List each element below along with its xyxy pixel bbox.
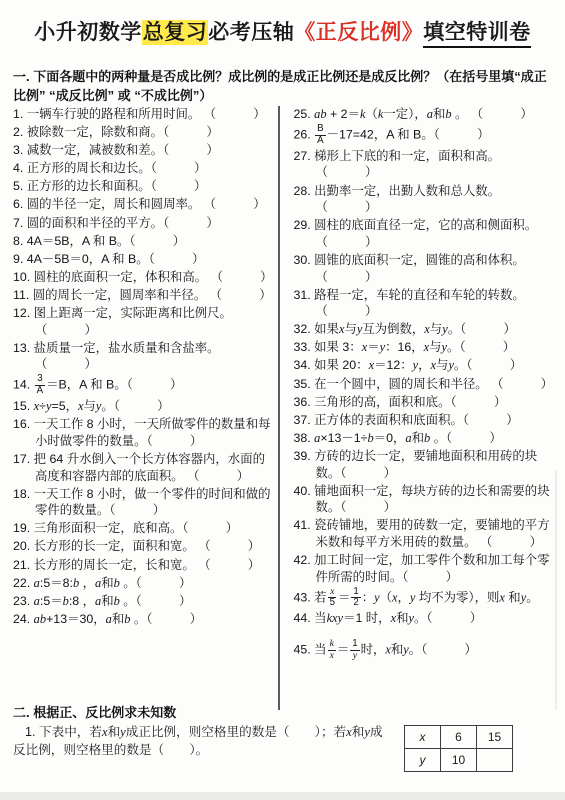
xy-table: x615y10 <box>404 725 513 772</box>
section2-heading: 二. 根据正、反比例求未知数 <box>13 702 555 721</box>
question-item: 1. 一辆车行驶的路程和所用时间。 （ ） <box>13 106 275 123</box>
question-item: 17. 把 64 升水倒入一个长方体容器内，水面的高度和容器内部的底面积。 （ … <box>13 451 275 484</box>
fraction: x5 <box>328 587 337 609</box>
question-item: 12. 图上距离一定，实际距离和比例尺。 （ ） <box>13 305 275 338</box>
question-item: 22. a:5＝8:b ，a和b 。（ ） <box>13 575 275 592</box>
question-item: 15. x÷y=5，x与y。（ ） <box>13 398 275 415</box>
question-item: 30. 圆锥的底面积一定，圆锥的高和体积。 （ ） <box>294 252 558 285</box>
table-cell: 10 <box>441 749 477 772</box>
question-item: 43. 若x5＝12：y（x，y 均不为零），则x 和y。 <box>294 587 558 609</box>
question-item: 45. 当kx＝1y时，x和y。（ ） <box>294 639 558 661</box>
question-item: 4. 正方形的周长和边长。（ ） <box>13 160 275 177</box>
question-columns: 1. 一辆车行驶的路程和所用时间。 （ ）2. 被除数一定，除数和商。（ ）3.… <box>13 106 557 706</box>
question-item: 41. 瓷砖铺地，要用的砖数一定，要铺地的平方米数和每平方米用砖的数量。 （ ） <box>294 517 558 550</box>
table-cell-blank <box>477 749 513 772</box>
question-item: 16. 一天工作 8 小时，一天所做零件的数量和每小时做零件的数量。（ ） <box>13 416 275 449</box>
question-item: 39. 方砖的边长一定，要铺地面积和用砖的块数。（ ） <box>294 448 558 481</box>
fraction: BA <box>315 124 325 146</box>
question-item: 18. 一天工作 8 小时，做一个零件的时间和做的零件的数量。（ ） <box>13 486 275 519</box>
table-row: y10 <box>405 749 513 772</box>
question-item: 38. a×13－1÷b＝0，a和b 。（ ） <box>294 430 558 447</box>
question-item: 25. ab + 2＝k（k一定），a和b 。 （ ） <box>294 106 558 123</box>
question-item: 3. 减数一定，减被数和差。（ ） <box>13 142 275 159</box>
table-cell: x <box>405 726 441 749</box>
question-item: 33. 如果 3：x＝y：16，x与y。（ ） <box>294 339 558 356</box>
table-cell: y <box>405 749 441 772</box>
question-item: 23. a:5＝b:8 ，a和b 。（ ） <box>13 593 275 610</box>
question-item: 5. 正方形的边长和面积。（ ） <box>13 178 275 195</box>
title-highlight: 总复习 <box>142 20 209 45</box>
question-item: 28. 出勤率一定，出勤人数和总人数。 （ ） <box>294 183 558 216</box>
title-red-bracketed: 《正反比例》 <box>294 21 423 44</box>
question-column-right: 25. ab + 2＝k（k一定），a和b 。 （ ）26. BA－17=42，… <box>280 106 558 706</box>
question-column-left: 1. 一辆车行驶的路程和所用时间。 （ ）2. 被除数一定，除数和商。（ ）3.… <box>13 106 275 706</box>
fraction: 12 <box>351 587 360 609</box>
table-cell: 15 <box>477 726 513 749</box>
title-part-1: 小升初数学 <box>34 21 142 44</box>
question-item: 19. 三角形面积一定，底和高。（ ） <box>13 520 275 537</box>
title-part-2: 必考压轴 <box>208 21 294 44</box>
section2: 二. 根据正、反比例求未知数 1. 下表中，若x和y成正比例，则空格里的数是（ … <box>13 702 555 772</box>
question-item: 14. 3A＝B，A 和 B。（ ） <box>13 374 275 396</box>
question-item: 40. 铺地面积一定，每块方砖的边长和需要的块数。（ ） <box>294 483 558 516</box>
fraction: 1y <box>350 639 359 661</box>
question-item: 24. ab+13＝30，a和b 。（ ） <box>13 611 275 628</box>
section2-question1: 1. 下表中，若x和y成正比例，则空格里的数是（ ）；若x和y成反比例，则空格里… <box>13 723 404 759</box>
question-item: 31. 路程一定，车轮的直径和车轮的转数。 （ ） <box>294 287 558 320</box>
question-item: 36. 三角形的高，面积和底。（ ） <box>294 394 558 411</box>
question-item: 20. 长方形的长一定，面积和宽。 （ ） <box>13 538 275 555</box>
title-underlined: 填空特训卷 <box>423 21 531 48</box>
question-item: 26. BA－17=42，A 和 B。（ ） <box>294 124 558 146</box>
page-title: 小升初数学总复习必考压轴《正反比例》填空特训卷 <box>0 16 565 46</box>
page-edge-shadow <box>555 470 557 710</box>
question-item: 44. 当kxy＝1 时，x和y。（ ） <box>294 610 558 627</box>
question-item: 21. 长方形的周长一定，长和宽。 （ ） <box>13 557 275 574</box>
fraction: 3A <box>35 374 45 396</box>
question-item: 35. 在一个圆中，圆的周长和半径。 （ ） <box>294 376 558 393</box>
question-item: 32. 如果x与y互为倒数，x与y。（ ） <box>294 321 558 338</box>
table-row: x615 <box>405 726 513 749</box>
question-item: 13. 盐质量一定，盐水质量和含盐率。 （ ） <box>13 340 275 373</box>
question-item: 42. 加工时间一定，加工零件个数和加工每个零件所需的时间。（ ） <box>294 552 558 585</box>
section1-heading: 一. 下面各题中的两种量是否成比例？成比例的是成正比例还是成反比例？（在括号里填… <box>13 68 553 106</box>
question-item: 2. 被除数一定，除数和商。（ ） <box>13 124 275 141</box>
question-item: 8. 4A＝5B，A 和 B。（ ） <box>13 233 275 250</box>
question-item: 27. 梯形上下底的和一定，面积和高。 （ ） <box>294 148 558 181</box>
question-item: 10. 圆柱的底面积一定，体积和高。 （ ） <box>13 269 275 286</box>
question-item: 11. 圆的周长一定，圆周率和半径。 （ ） <box>13 287 275 304</box>
worksheet-page: 小升初数学总复习必考压轴《正反比例》填空特训卷 一. 下面各题中的两种量是否成比… <box>0 0 565 800</box>
question-item: 34. 如果 20：x＝12：y，x与y。（ ） <box>294 357 558 374</box>
section2-body: 1. 下表中，若x和y成正比例，则空格里的数是（ ）；若x和y成反比例，则空格里… <box>13 723 555 772</box>
question-item: 7. 圆的面积和半径的平方。（ ） <box>13 215 275 232</box>
page-bottom-strip <box>0 792 565 800</box>
question-item: 37. 正方体的表面积和底面积。（ ） <box>294 412 558 429</box>
fraction: kx <box>328 639 336 661</box>
question-item: 6. 圆的半径一定，周长和圆周率。 （ ） <box>13 196 275 213</box>
question-item: 9. 4A－5B＝0，A 和 B。（ ） <box>13 251 275 268</box>
question-item: 29. 圆柱的底面直径一定，它的高和侧面积。（ ） <box>294 217 558 250</box>
table-cell: 6 <box>441 726 477 749</box>
